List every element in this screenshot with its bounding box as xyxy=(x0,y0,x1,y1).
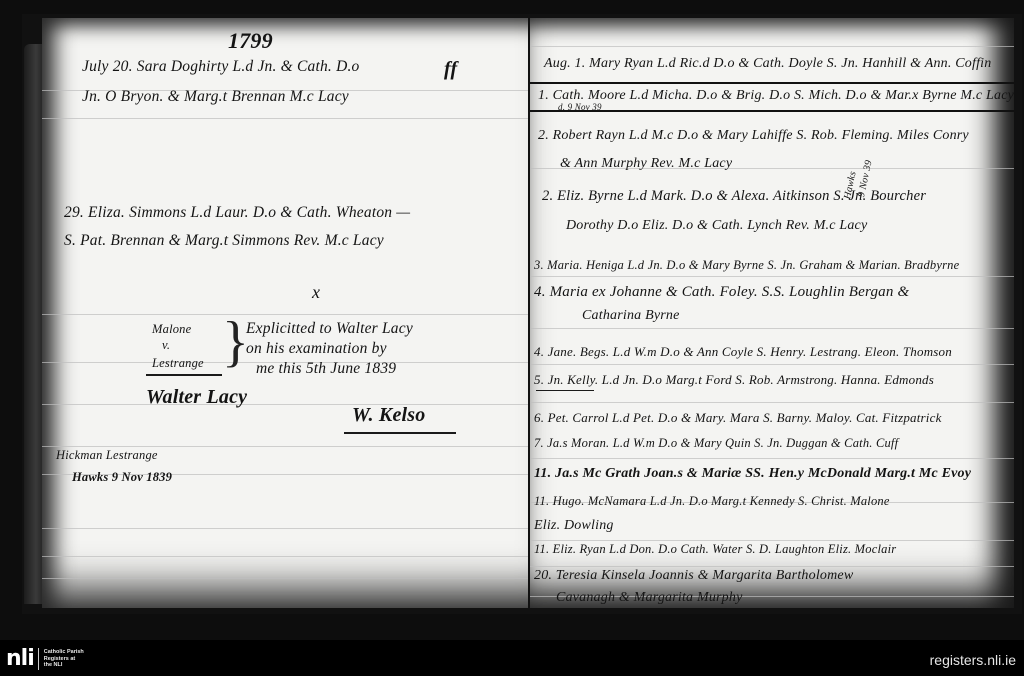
left-page: 1799 July 20. Sara Doghirty L.d Jn. & Ca… xyxy=(42,18,542,608)
registers-site-link[interactable]: registers.nli.ie xyxy=(930,652,1016,668)
entry-line: Dorothy D.o Eliz. D.o & Cath. Lynch Rev.… xyxy=(566,218,867,234)
entry-line: 11. Eliz. Ryan L.d Don. D.o Cath. Water … xyxy=(534,542,896,557)
entry-line: 11. Hugo. McNamara L.d Jn. D.o Marg.t Ke… xyxy=(534,494,890,509)
annotation-line: me this 5th June 1839 xyxy=(256,360,396,378)
entry-line: Jn. O Bryon. & Marg.t Brennan M.c Lacy xyxy=(82,88,349,106)
case-name: Malone xyxy=(152,322,191,337)
year-heading: 1799 xyxy=(228,28,273,54)
entry-line: 7. Ja.s Moran. L.d W.m D.o & Mary Quin S… xyxy=(534,436,898,451)
entry-line: 29. Eliza. Simmons L.d Laur. D.o & Cath.… xyxy=(64,204,410,222)
entry-line: July 20. Sara Doghirty L.d Jn. & Cath. D… xyxy=(82,58,360,76)
logo-caption-line: Catholic Parish xyxy=(44,649,84,656)
signature-kelso: W. Kelso xyxy=(352,404,425,427)
signature-walter-lacy: Walter Lacy xyxy=(146,386,247,409)
entry-line: 2. Eliz. Byrne L.d Mark. D.o & Alexa. Ai… xyxy=(542,188,926,205)
cross-mark: x xyxy=(312,282,320,303)
entry-line: 20. Teresia Kinsela Joannis & Margarita … xyxy=(534,568,853,584)
right-page: Aug. 1. Mary Ryan L.d Ric.d D.o & Cath. … xyxy=(530,18,1014,608)
logo-caption-line: the NLI xyxy=(44,662,84,669)
entry-line: 2. Robert Rayn L.d M.c D.o & Mary Lahiff… xyxy=(538,128,969,144)
margin-mark: ff xyxy=(444,58,457,81)
entry-line: 11. Ja.s Mc Grath Joan.s & Mariæ SS. Hen… xyxy=(534,466,971,482)
logo-divider xyxy=(38,648,39,670)
annotation-line: on his examination by xyxy=(246,340,387,358)
margin-note: Hickman Lestrange xyxy=(56,448,158,463)
entry-line: 1. Cath. Moore L.d Micha. D.o & Brig. D.… xyxy=(538,88,1014,104)
entry-line: Aug. 1. Mary Ryan L.d Ric.d D.o & Cath. … xyxy=(544,56,991,72)
margin-note: Hawks 9 Nov 1839 xyxy=(72,470,172,485)
entry-line: 3. Maria. Heniga L.d Jn. D.o & Mary Byrn… xyxy=(534,258,959,273)
entry-sub-note: d. 9 Nov 39 xyxy=(558,102,602,112)
entry-line: Eliz. Dowling xyxy=(534,518,614,534)
entry-line: 6. Pet. Carrol L.d Pet. D.o & Mary. Mara… xyxy=(534,410,942,426)
nli-logo[interactable]: nli Catholic Parish Registers at the NLI xyxy=(6,646,84,672)
entry-line: Cavanagh & Margarita Murphy xyxy=(556,590,742,606)
register-scan: 1799 July 20. Sara Doghirty L.d Jn. & Ca… xyxy=(22,14,1022,614)
book-binding-edge xyxy=(24,44,44,604)
entry-line: S. Pat. Brennan & Marg.t Simmons Rev. M.… xyxy=(64,232,384,250)
case-name: v. xyxy=(162,338,170,353)
entry-line: Catharina Byrne xyxy=(582,308,680,324)
register-image-viewer[interactable]: 1799 July 20. Sara Doghirty L.d Jn. & Ca… xyxy=(0,0,1024,640)
entry-line: & Ann Murphy Rev. M.c Lacy xyxy=(560,156,732,172)
entry-line: 4. Maria ex Johanne & Cath. Foley. S.S. … xyxy=(534,284,909,301)
footer-bar: nli Catholic Parish Registers at the NLI… xyxy=(0,640,1024,676)
nli-logo-mark: nli xyxy=(6,648,34,670)
entry-line: 4. Jane. Begs. L.d W.m D.o & Ann Coyle S… xyxy=(534,344,952,360)
case-name: Lestrange xyxy=(152,356,204,371)
annotation-line: Explicitted to Walter Lacy xyxy=(246,320,413,338)
logo-caption: Catholic Parish Registers at the NLI xyxy=(44,649,84,669)
entry-line: 5. Jn. Kelly. L.d Jn. D.o Marg.t Ford S.… xyxy=(534,372,934,388)
